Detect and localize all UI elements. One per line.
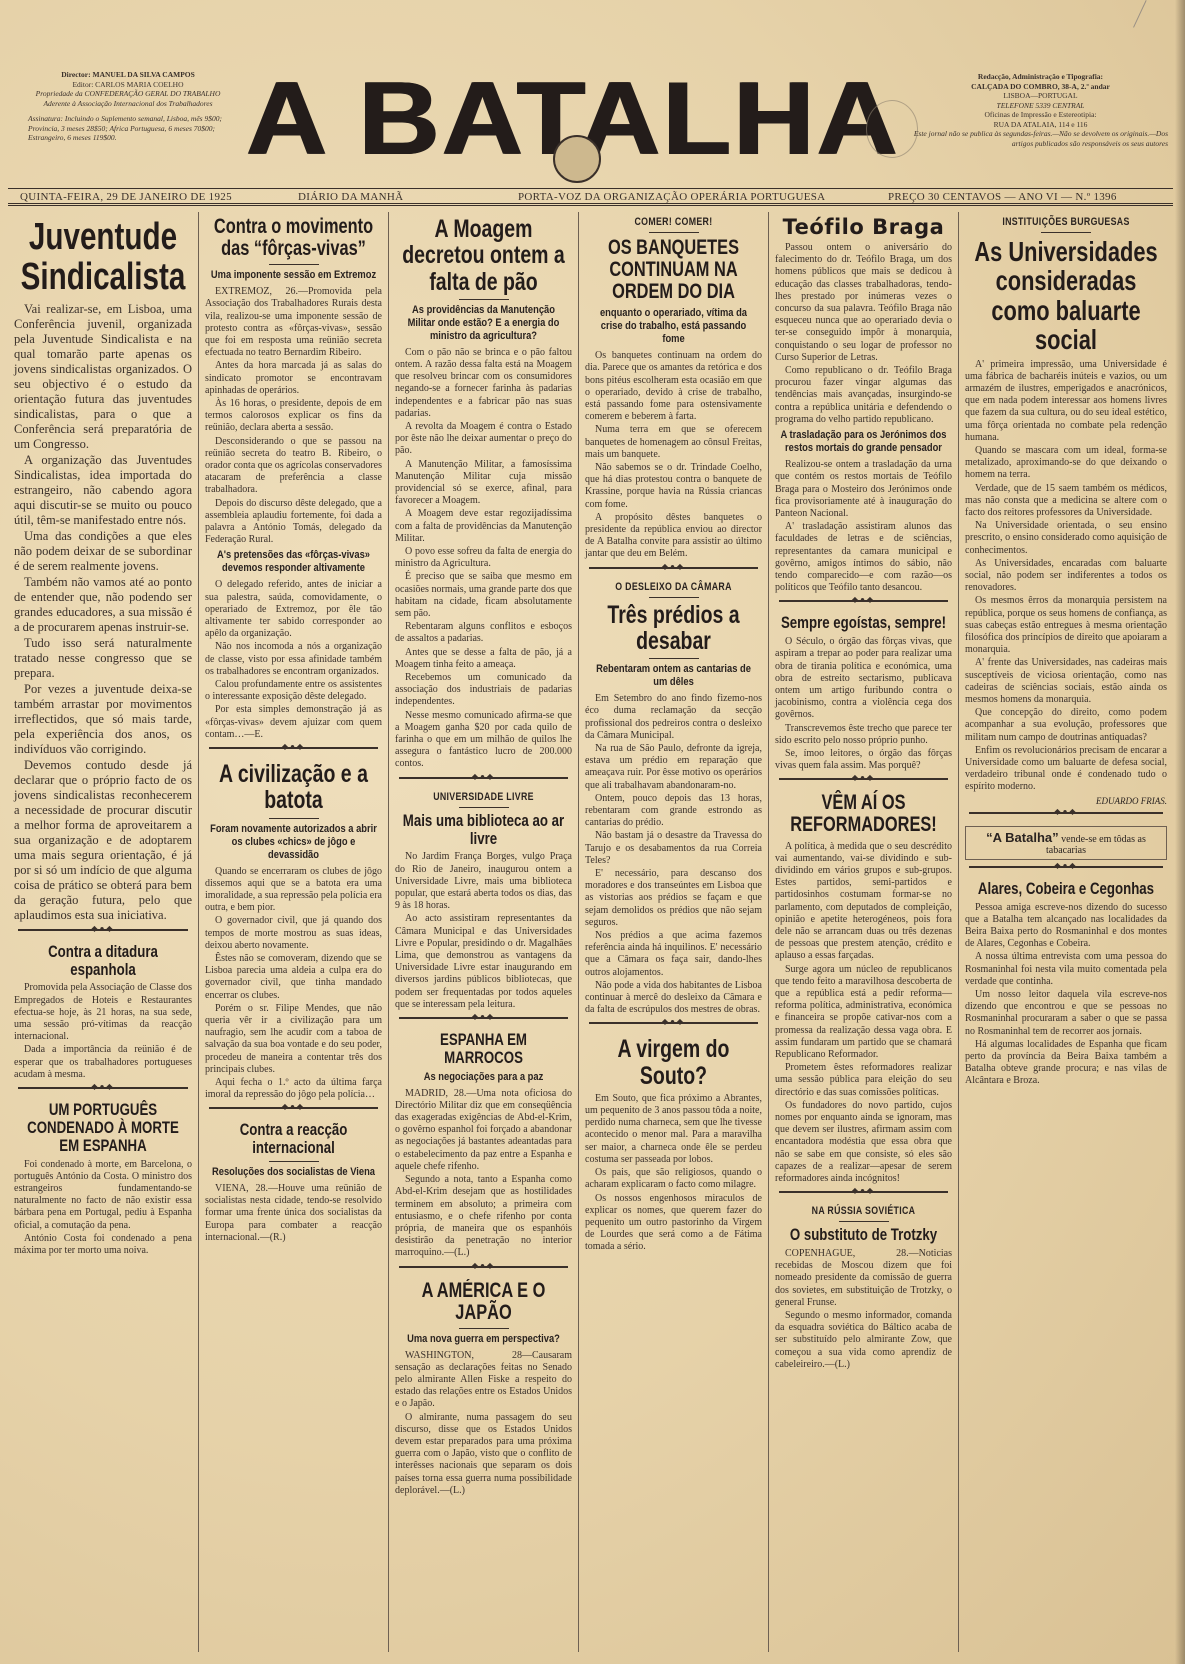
- paragraph: Em Souto, que fica próximo a Abrantes, u…: [585, 1093, 762, 1166]
- deck: Uma nova guerra em perspectiva?: [400, 1333, 567, 1346]
- paragraph: Por vezes a juventude deixa-se também ar…: [14, 682, 192, 757]
- divider: [459, 299, 509, 300]
- article-moagem: A Moagem decretou ontem a falta de pão A…: [395, 216, 572, 771]
- kicker: UNIVERSIDADE LIVRE: [413, 791, 555, 803]
- article-contra-ditadura: Contra a ditadura espanhola Promovida pe…: [14, 943, 192, 1081]
- article-virgem-souto: A virgem do Souto? Em Souto, que fica pr…: [585, 1036, 762, 1253]
- paragraph: A política, à medida que o seu descrédit…: [775, 841, 952, 963]
- headline: As Universidades consideradas como balua…: [973, 237, 1159, 355]
- paragraph: Aqui fecha o 1.º acto da última farça im…: [205, 1077, 382, 1101]
- article-body: Vai realizar-se, em Lisboa, uma Conferên…: [14, 302, 192, 923]
- article-body: A' primeira impressão, uma Universidade …: [965, 359, 1167, 794]
- paragraph: Surge agora um núcleo de republicanos qu…: [775, 964, 952, 1062]
- article-civilizacao-batota: A civilização e a batota Foram novamente…: [205, 761, 382, 1101]
- divider: [1041, 232, 1091, 233]
- headline: A civilização e a batota: [210, 761, 376, 814]
- article-body: Os banquetes continuam na ordem do dia. …: [585, 350, 762, 560]
- article-sempre-egoistas: Sempre egoístas, sempre! O Século, o órg…: [775, 614, 952, 772]
- divider: [649, 658, 699, 659]
- divider: [459, 807, 509, 808]
- paragraph: O governador civil, que já quando dos te…: [205, 915, 382, 952]
- article-body: Quando se encerraram os clubes de jôgo d…: [205, 866, 382, 1102]
- article-body: Pessoa amiga escreve-nos dizendo do suce…: [965, 902, 1167, 1088]
- article-universidades: INSTITUIÇÕES BURGUESAS As Universidades …: [965, 216, 1167, 806]
- paragraph: MADRID, 28.—Uma nota oficiosa do Directó…: [395, 1088, 572, 1173]
- column-5: Teófilo Braga Passou ontem o aniversário…: [768, 212, 958, 1652]
- column-2: Contra o movimento das “fôrças-vivas” Um…: [198, 212, 388, 1652]
- subdeck: A's pretensões das «fôrças-vivas» devemo…: [210, 549, 377, 575]
- paragraph: Dada a importância da reünião é de esper…: [14, 1044, 192, 1081]
- paragraph: Os fundadores do novo partido, cujos nom…: [775, 1100, 952, 1185]
- office-address: CALÇADA DO COMBRO, 38-A, 2.º andar: [913, 82, 1168, 92]
- paragraph: Não bastam já o desastre da Travessa do …: [585, 830, 762, 867]
- paragraph: Como republicano o dr. Teófilo Braga pro…: [775, 365, 952, 426]
- column-3: A Moagem decretou ontem a falta de pão A…: [388, 212, 578, 1652]
- paragraph: Nos prédios a que acima fazemos referênc…: [585, 930, 762, 979]
- ornamental-rule: [589, 1022, 758, 1030]
- paragraph: Porém o sr. Filipe Mendes, que não queri…: [205, 1003, 382, 1076]
- paragraph: Que concepção do direito, como podem aco…: [965, 707, 1167, 744]
- headline: A Moagem decretou ontem a falta de pão: [400, 216, 566, 295]
- deck: Foram novamente autorizados a abrir os c…: [210, 823, 377, 862]
- paragraph: Segundo a nota, tanto a Espanha como Abd…: [395, 1174, 572, 1259]
- headline: Contra a reacção internacional: [210, 1121, 376, 1157]
- ornamental-rule: [589, 567, 758, 575]
- paragraph: Não pode a vida dos habitantes de Lisboa…: [585, 980, 762, 1017]
- paragraph: A nossa última entrevista com uma pessoa…: [965, 951, 1167, 988]
- column-4: COMER! COMER! OS BANQUETES CONTINUAM NA …: [578, 212, 768, 1652]
- article-portugues-condenado: UM PORTUGUÊS CONDENADO À MORTE EM ESPANH…: [14, 1101, 192, 1257]
- article-banquetes: COMER! COMER! OS BANQUETES CONTINUAM NA …: [585, 216, 762, 561]
- paragraph: Pessoa amiga escreve-nos dizendo do suce…: [965, 902, 1167, 951]
- deck: Uma imponente sessão em Extremoz: [210, 269, 377, 282]
- ornamental-rule: [209, 747, 378, 755]
- paragraph: Transcrevemos êste trecho que parece ter…: [775, 723, 952, 747]
- paragraph: Promovida pela Associação de Classe dos …: [14, 982, 192, 1043]
- ornamental-rule: [18, 1087, 188, 1095]
- ornamental-rule: [399, 1017, 568, 1025]
- paragraph: Enfim os revolucionários precisam de enc…: [965, 745, 1167, 794]
- article-body: Em Souto, que fica próximo a Abrantes, u…: [585, 1093, 762, 1254]
- paragraph: No Jardim França Borges, vulgo Praça do …: [395, 851, 572, 912]
- article-espanha-marrocos: ESPANHA EM MARROCOS As negociações para …: [395, 1031, 572, 1260]
- paragraph: COPENHAGUE, 28.—Noticias recebidas de Mo…: [775, 1248, 952, 1309]
- ornamental-rule: [969, 866, 1163, 874]
- paragraph: Se, ímoo leitores, o órgão das fôrças vi…: [775, 748, 952, 772]
- issue-date: QUINTA-FEIRA, 29 DE JANEIRO DE 1925: [20, 190, 232, 205]
- price-issue: PREÇO 30 CENTAVOS — ANO VI — N.º 1396: [888, 190, 1117, 205]
- paragraph: A revolta da Moagem é contra o Estado po…: [395, 421, 572, 458]
- masthead-office-info: Redacção, Administração e Tipografia: CA…: [913, 72, 1168, 148]
- headline: A AMÉRICA E O JAPÃO: [400, 1280, 566, 1324]
- paragraph: Recebemos um comunicado da associação do…: [395, 672, 572, 709]
- paragraph: Às 16 horas, o presidente, depois de em …: [205, 398, 382, 435]
- headline: Mais uma biblioteca ao ar livre: [400, 812, 566, 848]
- paragraph: Prometem êstes reformadores realizar uma…: [775, 1062, 952, 1099]
- paragraph: Devemos contudo desde já declarar que o …: [14, 758, 192, 923]
- paragraph: Também não vamos até ao ponto de entende…: [14, 575, 192, 635]
- kicker: NA RÚSSIA SOVIÉTICA: [793, 1205, 935, 1217]
- paragraph: Os banquetes continuam na ordem do dia. …: [585, 350, 762, 423]
- article-substituto-trotzky: NA RÚSSIA SOVIÉTICA O substituto de Trot…: [775, 1205, 952, 1371]
- article-body-2: Realizou-se ontem a trasladação da urna …: [775, 459, 952, 594]
- vende-se-notice: “A Batalha” vende-se em tôdas as tabacar…: [965, 826, 1167, 860]
- paragraph: Os pais, que são religiosos, quando o ac…: [585, 1167, 762, 1191]
- divider: [269, 1161, 319, 1162]
- paragraph: Numa terra em que se oferecem banquetes …: [585, 424, 762, 461]
- article-body: O Século, o órgão das fôrças vivas, que …: [775, 636, 952, 772]
- article-reformadores: VÊM AÍ OS REFORMADORES! A política, à me…: [775, 792, 952, 1185]
- publication-notice: Este jornal não se publica às segundas-f…: [913, 129, 1168, 148]
- paragraph: As Universidades, encaradas com baluarte…: [965, 558, 1167, 595]
- divider: [269, 264, 319, 265]
- paragraph: Os mesmos êrros da monarquia persistem n…: [965, 595, 1167, 656]
- notice-title: “A Batalha”: [986, 830, 1058, 845]
- paragraph: Os nossos engenhosos miraculos de explic…: [585, 1193, 762, 1254]
- kicker: INSTITUIÇÕES BURGUESAS: [985, 216, 1147, 228]
- paragraph: Quando se encerraram os clubes de jôgo d…: [205, 866, 382, 915]
- article-tres-predios: O DESLEIXO DA CÂMARA Três prédios a desa…: [585, 581, 762, 1017]
- article-body: COPENHAGUE, 28.—Noticias recebidas de Mo…: [775, 1248, 952, 1371]
- ornamental-rule: [779, 600, 948, 608]
- paragraph: Há algumas localidades de Espanha que fi…: [965, 1039, 1167, 1088]
- paragraph: O almirante, numa passagem do seu discur…: [395, 1412, 572, 1497]
- paragraph: Uma das condições a que eles não podem d…: [14, 529, 192, 574]
- article-body: Promovida pela Associação de Classe dos …: [14, 982, 192, 1081]
- deck: Resoluções dos socialistas de Viena: [210, 1166, 377, 1179]
- article-body: VIENA, 28.—Houve uma reünião de socialis…: [205, 1183, 382, 1244]
- kicker: O DESLEIXO DA CÂMARA: [603, 581, 745, 593]
- paragraph: Na Universidade orientada, o seu ensino …: [965, 520, 1167, 557]
- office-city: LISBOA—PORTUGAL: [913, 91, 1168, 101]
- headline: Contra o movimento das “fôrças-vivas”: [210, 216, 376, 260]
- author-signature: EDUARDO FRIAS.: [965, 796, 1167, 806]
- article-body: MADRID, 28.—Uma nota oficiosa do Directó…: [395, 1088, 572, 1260]
- workshops-address: RUA DA ATALAIA, 114 e 116: [913, 120, 1168, 130]
- paragraph: Nesse mesmo comunicado afirma-se que a M…: [395, 710, 572, 771]
- article-body: WASHINGTON, 28—Causaram sensação as decl…: [395, 1350, 572, 1497]
- office-label: Redacção, Administração e Tipografia:: [913, 72, 1168, 82]
- paragraph: A' frente das Universidades, nas cadeira…: [965, 657, 1167, 706]
- edition-label: DIÁRIO DA MANHÃ: [298, 190, 403, 205]
- paragraph: É preciso que se saiba que mesmo em ocas…: [395, 571, 572, 620]
- ornamental-rule: [209, 1107, 378, 1115]
- headline: Sempre egoístas, sempre!: [780, 614, 946, 632]
- paragraph: A propósito dêstes banquetes o president…: [585, 512, 762, 561]
- paragraph: VIENA, 28.—Houve uma reünião de socialis…: [205, 1183, 382, 1244]
- paragraph: Por esta simples demonstração já as «fôr…: [205, 704, 382, 741]
- paragraph: E' necessário, para descanso dos morador…: [585, 868, 762, 929]
- newspaper-page: Director: MANUEL DA SILVA CAMPOS Editor:…: [8, 0, 1173, 1664]
- paragraph: Rebentaram alguns conflitos e esboços de…: [395, 621, 572, 645]
- paragraph: Calou profundamente entre os assistentes…: [205, 679, 382, 703]
- motto: PORTA-VOZ DA ORGANIZAÇÃO OPERÁRIA PORTUG…: [518, 190, 825, 205]
- ornamental-rule: [779, 778, 948, 786]
- paragraph: Realizou-se ontem a trasladação da urna …: [775, 459, 952, 520]
- headline: Alares, Cobeira e Cegonhas: [973, 880, 1159, 898]
- masthead: Director: MANUEL DA SILVA CAMPOS Editor:…: [8, 70, 1173, 185]
- paragraph: WASHINGTON, 28—Causaram sensação as decl…: [395, 1350, 572, 1411]
- paragraph: Ao acto assistiram representantes da Câm…: [395, 913, 572, 1011]
- paragraph: Quando se mascara com um ideal, forma-se…: [965, 445, 1167, 482]
- paragraph: EXTREMOZ, 26.—Promovida pela Associação …: [205, 286, 382, 359]
- paragraph: A Manutenção Militar, a famosíssima Manu…: [395, 459, 572, 508]
- paragraph: Verdade, que de 15 saem também os médico…: [965, 483, 1167, 520]
- paragraph: Depois do discurso dêste delegado, que a…: [205, 498, 382, 547]
- headline: ESPANHA EM MARROCOS: [400, 1031, 566, 1067]
- paragraph: Antes da hora marcada já as salas do sin…: [205, 360, 382, 397]
- article-biblioteca: UNIVERSIDADE LIVRE Mais uma biblioteca a…: [395, 791, 572, 1011]
- deck: Rebentaram ontem as cantarias de um dêle…: [590, 663, 757, 689]
- headline: O substituto de Trotzky: [780, 1226, 946, 1244]
- article-body: Passou ontem o aniversário do faleciment…: [775, 242, 952, 426]
- page-edge-shadow: [1175, 0, 1185, 1664]
- ornamental-rule: [969, 812, 1163, 820]
- kicker: COMER! COMER!: [603, 216, 745, 228]
- paragraph: Na rua de São Paulo, defronte da igreja,…: [585, 743, 762, 792]
- paragraph: A Moagem deve estar regozijadíssima com …: [395, 508, 572, 545]
- ornamental-rule: [18, 929, 188, 937]
- divider: [649, 597, 699, 598]
- headline: VÊM AÍ OS REFORMADORES!: [780, 792, 946, 836]
- paragraph: Foi condenado à morte, em Barcelona, o p…: [14, 1159, 192, 1232]
- paragraph: O Século, o órgão das fôrças vivas, que …: [775, 636, 952, 721]
- divider: [839, 1221, 889, 1222]
- paragraph: Não sabemos se o dr. Trindade Coelho, qu…: [585, 462, 762, 511]
- paragraph: A' primeira impressão, uma Universidade …: [965, 359, 1167, 444]
- ornamental-rule: [779, 1191, 948, 1199]
- article-body-2: O delegado referido, antes de iniciar a …: [205, 579, 382, 741]
- article-body: Foi condenado à morte, em Barcelona, o p…: [14, 1159, 192, 1258]
- article-body: A política, à medida que o seu descrédit…: [775, 841, 952, 1186]
- workshops-label: Oficinas de Impressão e Estereotipia:: [913, 110, 1168, 120]
- article-body: Em Setembro do ano findo fizemo-nos éco …: [585, 693, 762, 1016]
- headline: OS BANQUETES CONTINUAM NA ORDEM DO DIA: [590, 237, 756, 303]
- paragraph: Não nos incomoda a nós a organização de …: [205, 641, 382, 678]
- headline: Teófilo Braga: [775, 216, 952, 238]
- columns: Juventude Sindicalista Vai realizar-se, …: [8, 212, 1173, 1662]
- divider: [649, 232, 699, 233]
- article-reaccao-internacional: Contra a reacção internacional Resoluçõe…: [205, 1121, 382, 1244]
- headline: Três prédios a desabar: [590, 602, 756, 655]
- dateline-bar: QUINTA-FEIRA, 29 DE JANEIRO DE 1925 DIÁR…: [8, 188, 1173, 206]
- paragraph: Passou ontem o aniversário do faleciment…: [775, 242, 952, 364]
- divider: [459, 1328, 509, 1329]
- subdeck: A trasladação para os Jerónimos dos rest…: [780, 429, 947, 455]
- ornamental-rule: [399, 777, 568, 785]
- paragraph: Vai realizar-se, em Lisboa, uma Conferên…: [14, 302, 192, 452]
- column-1: Juventude Sindicalista Vai realizar-se, …: [8, 212, 198, 1652]
- deck: enquanto o operariado, vítima da crise d…: [590, 307, 757, 346]
- paragraph: Desconsiderando o que se passou na reüni…: [205, 436, 382, 497]
- paragraph: António Costa foi condenado a pena máxim…: [14, 1233, 192, 1257]
- article-america-japao: A AMÉRICA E O JAPÃO Uma nova guerra em p…: [395, 1280, 572, 1498]
- notice-text: vende-se em tôdas as tabacarias: [1046, 834, 1146, 856]
- headline: Juventude Sindicalista: [20, 218, 187, 298]
- paragraph: Um nosso leitor daquela vila escreve-nos…: [965, 989, 1167, 1038]
- article-body: No Jardim França Borges, vulgo Praça do …: [395, 851, 572, 1011]
- deck: As providências da Manutenção Militar on…: [400, 304, 567, 343]
- article-juventude-sindicalista: Juventude Sindicalista Vai realizar-se, …: [14, 218, 192, 923]
- pencil-mark: [1133, 0, 1173, 40]
- paragraph: Tudo isso será naturalmente tratado ness…: [14, 636, 192, 681]
- paragraph: A' trasladação assistiram alunos das fac…: [775, 521, 952, 594]
- headline: Contra a ditadura espanhola: [20, 943, 187, 979]
- paragraph: O povo esse sofreu da falta de energia d…: [395, 546, 572, 570]
- emblem-icon: [553, 135, 601, 183]
- paragraph: A organização das Juventudes Sindicalist…: [14, 453, 192, 528]
- paragraph: Antes que se desse a falta de pão, já a …: [395, 647, 572, 671]
- article-body: Com o pão não se brinca e o pão faltou o…: [395, 347, 572, 771]
- paragraph: Em Setembro do ano findo fizemo-nos éco …: [585, 693, 762, 742]
- deck: As negociações para a paz: [400, 1071, 567, 1084]
- paragraph: Com o pão não se brinca e o pão faltou o…: [395, 347, 572, 420]
- paragraph: O delegado referido, antes de iniciar a …: [205, 579, 382, 640]
- paragraph: Segundo o mesmo informador, comanda da e…: [775, 1310, 952, 1371]
- paragraph: Êstes não se comoveram, dizendo que se L…: [205, 953, 382, 1002]
- article-teofilo-braga: Teófilo Braga Passou ontem o aniversário…: [775, 216, 952, 594]
- paragraph: Ontem, pouco depois das 13 horas, rebent…: [585, 793, 762, 830]
- office-phone: TELEFONE 5339 CENTRAL: [913, 101, 1168, 111]
- library-stamp-icon: [866, 100, 918, 158]
- column-6: INSTITUIÇÕES BURGUESAS As Universidades …: [958, 212, 1173, 1652]
- ornamental-rule: [399, 1266, 568, 1274]
- article-alares: Alares, Cobeira e Cegonhas Pessoa amiga …: [965, 880, 1167, 1088]
- article-body: EXTREMOZ, 26.—Promovida pela Associação …: [205, 286, 382, 546]
- article-forcas-vivas: Contra o movimento das “fôrças-vivas” Um…: [205, 216, 382, 741]
- divider: [269, 818, 319, 819]
- headline: A virgem do Souto?: [590, 1036, 756, 1089]
- headline: UM PORTUGUÊS CONDENADO À MORTE EM ESPANH…: [20, 1101, 187, 1155]
